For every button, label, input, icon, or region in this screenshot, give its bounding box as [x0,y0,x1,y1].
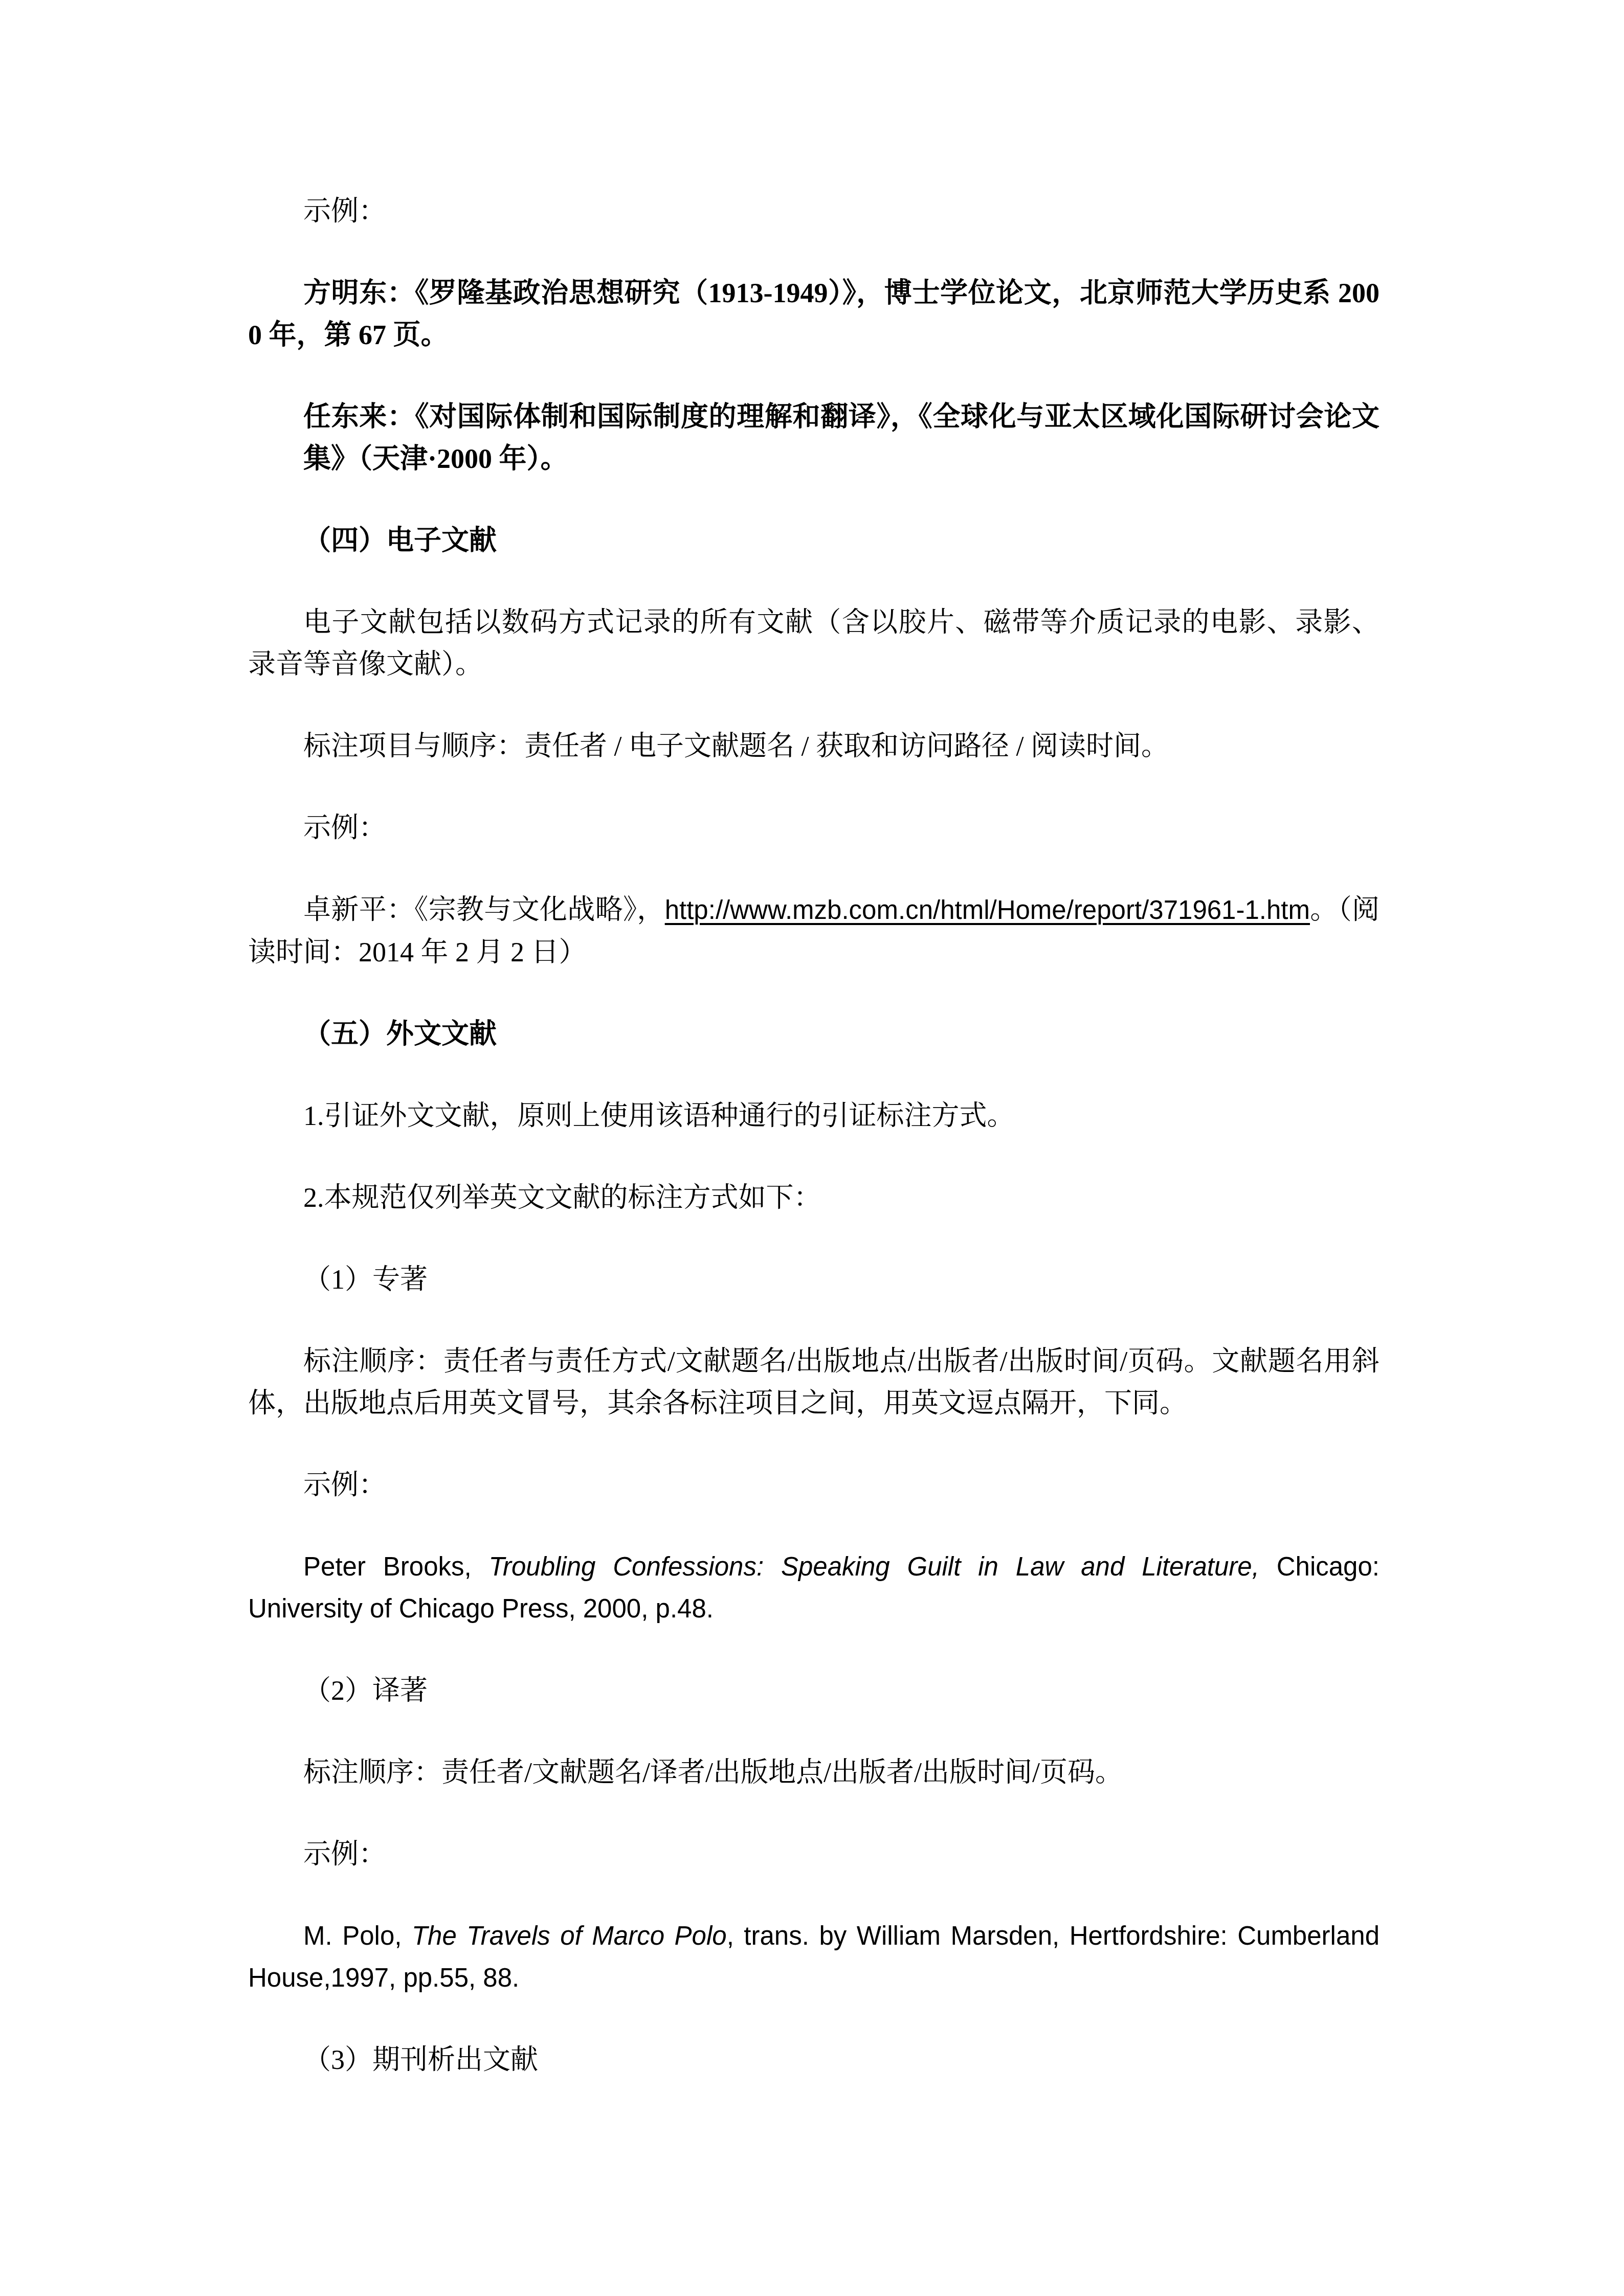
subheading-monograph: （1）专著 [248,1258,1380,1300]
example-label: 示例： [248,807,1380,849]
foreign-rule-1: 1.引证外文文献，原则上使用该语种通行的引证标注方式。 [248,1095,1380,1137]
example-label: 示例： [248,1833,1380,1875]
electronic-description: 电子文献包括以数码方式记录的所有文献（含以胶片、磁带等介质记录的电影、录影、录音… [248,601,1380,685]
section-heading-foreign: （五）外文文献 [248,1013,1380,1055]
reference-author: M. Polo, [303,1921,412,1950]
reference-title-italic: The Travels of Marco Polo [412,1921,727,1950]
translation-citation-order: 标注顺序：责任者/文献题名/译者/出版地点/出版者/出版时间/页码。 [248,1751,1380,1793]
reference-fang-mingdong: 方明东：《罗隆基政治思想研究（1913-1949）》，博士学位论文，北京师范大学… [248,272,1380,356]
reference-ren-donglai: 任东来：《对国际体制和国际制度的理解和翻译》，《全球化与亚太区域化国际研讨会论文… [248,396,1380,480]
monograph-citation-order: 标注顺序：责任者与责任方式/文献题名/出版地点/出版者/出版时间/页码。文献题名… [248,1340,1380,1424]
electronic-citation-order: 标注项目与顺序：责任者 / 电子文献题名 / 获取和访问路径 / 阅读时间。 [248,725,1380,767]
example-label: 示例： [248,190,1380,232]
section-heading-electronic: （四）电子文献 [248,520,1380,561]
subheading-journal-article: （3）期刊析出文献 [248,2039,1380,2081]
document-page: 示例： 方明东：《罗隆基政治思想研究（1913-1949）》，博士学位论文，北京… [248,190,1380,2121]
reference-url-link[interactable]: http://www.mzb.com.cn/html/Home/report/3… [665,895,1310,925]
reference-zhuo-xinping: 卓新平：《宗教与文化战略》，http://www.mzb.com.cn/html… [248,889,1380,973]
foreign-rule-2: 2.本规范仅列举英文文献的标注方式如下： [248,1177,1380,1219]
reference-author: Peter Brooks, [303,1552,489,1581]
reference-title-italic: Troubling Confessions: Speaking Guilt in… [489,1552,1259,1581]
reference-peter-brooks: Peter Brooks, Troubling Confessions: Spe… [248,1546,1380,1630]
reference-author-title: 卓新平：《宗教与文化战略》， [303,894,665,925]
subheading-translation: （2）译著 [248,1670,1380,1712]
reference-marco-polo: M. Polo, The Travels of Marco Polo, tran… [248,1915,1380,1999]
example-label: 示例： [248,1464,1380,1506]
